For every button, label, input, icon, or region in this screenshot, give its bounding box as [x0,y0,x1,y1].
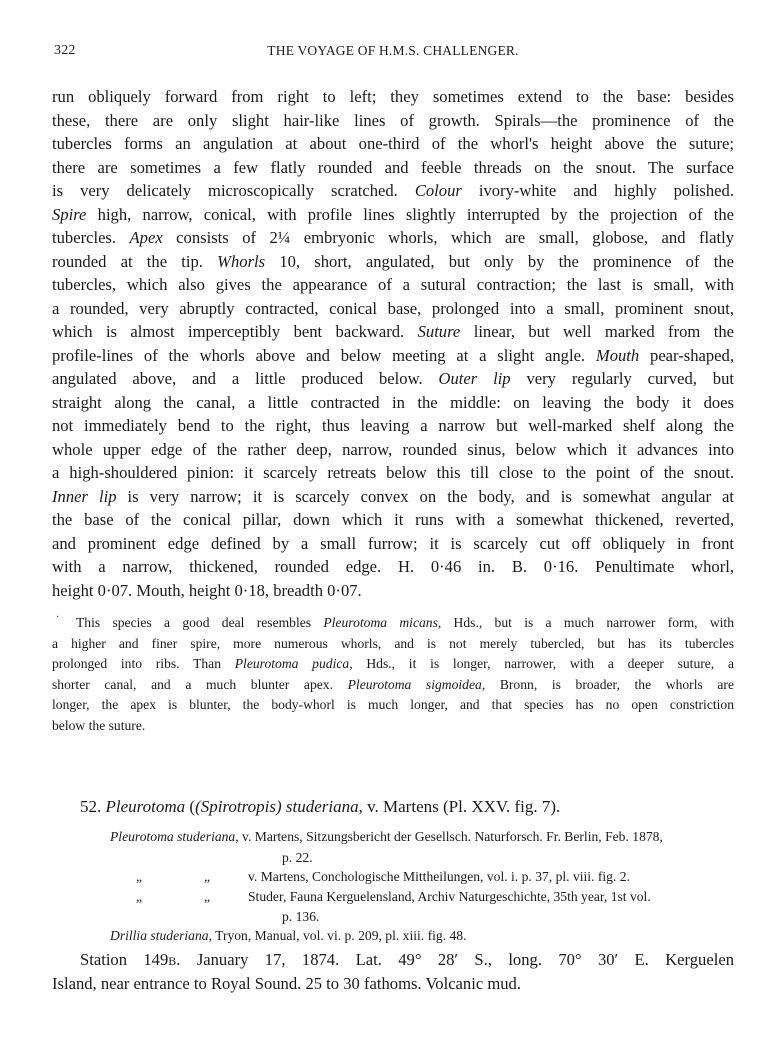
species-name: studeriana [286,797,359,816]
station-record: Station 149b. January 17, 1874. Lat. 49°… [52,948,734,996]
running-title: THE VOYAGE OF H.M.S. CHALLENGER. [54,43,732,59]
text-line: there are sometimes a few flatly rounded… [52,156,734,180]
species-description: run obliquely forward from right to left… [52,85,734,602]
text-line: below the suture. [52,716,734,737]
text-line: not immediately bend to the right, thus … [52,414,734,438]
text-line: and prominent edge defined by a small fu… [52,532,734,556]
text-line: straight along the canal, a little contr… [52,391,734,415]
synonymy-entry: „„v. Martens, Conchologische Mittheilung… [136,869,630,885]
synonymy-entry: „„Studer, Fauna Kerguelensland, Archiv N… [136,889,651,905]
remarks-paragraph: This species a good deal resembles Pleur… [52,613,734,736]
synonymy-entry: Pleurotoma studeriana, v. Martens, Sitzu… [110,829,663,845]
text-line: tubercles, which also gives the appearan… [52,273,734,297]
text-line: is very delicately microscopically scrat… [52,179,734,203]
station-line: Island, near entrance to Royal Sound. 25… [52,972,734,996]
text-line: a rounded, very abruptly contracted, con… [52,297,734,321]
text-line: tubercles. Apex consists of 2¼ embryonic… [52,226,734,250]
station-line: Station 149b. January 17, 1874. Lat. 49°… [52,948,734,972]
text-line: Spire high, narrow, conical, with profil… [52,203,734,227]
text-line: with a narrow, thickened, rounded edge. … [52,555,734,579]
species-genus: Pleurotoma [106,797,186,816]
text-line: these, there are only slight hair-like l… [52,109,734,133]
synonymy-continuation: p. 22. [282,850,313,866]
document-page: 322 THE VOYAGE OF H.M.S. CHALLENGER. run… [0,0,776,1050]
text-line: longer, the apex is blunter, the body-wh… [52,695,734,716]
species-author-plate: , v. Martens (Pl. XXV. fig. 7). [359,797,561,816]
text-line: a high-shouldered pinion: it scarcely re… [52,461,734,485]
species-subgenus: (Spirotropis) [195,797,282,816]
ditto-mark: „ [136,869,204,885]
ditto-mark: „ [204,869,248,885]
text-line: prolonged into ribs. Than Pleurotoma pud… [52,654,734,675]
text-line: a higher and finer spire, more numerous … [52,634,734,655]
text-line: tubercles forms an angulation at about o… [52,132,734,156]
synonymy-entry: Drillia studeriana, Tryon, Manual, vol. … [110,928,466,944]
ditto-mark: „ [136,889,204,905]
text-line: shorter canal, and a much blunter apex. … [52,675,734,696]
synonymy-continuation: p. 136. [282,909,319,925]
text-line: the base of the conical pillar, down whi… [52,508,734,532]
text-line: This species a good deal resembles Pleur… [52,613,734,634]
species-heading: 52. Pleurotoma ((Spirotropis) studeriana… [80,797,560,817]
text-line: angulated above, and a little produced b… [52,367,734,391]
page-header: 322 THE VOYAGE OF H.M.S. CHALLENGER. [54,43,732,63]
text-line: rounded at the tip. Whorls 10, short, an… [52,250,734,274]
text-line: whole upper edge of the rather deep, nar… [52,438,734,462]
text-line: height 0·07. Mouth, height 0·18, breadth… [52,579,734,603]
species-number: 52. [80,797,101,816]
ditto-mark: „ [204,889,248,905]
text-line: which is almost imperceptibly bent backw… [52,320,734,344]
text-line: run obliquely forward from right to left… [52,85,734,109]
text-line: Inner lip is very narrow; it is scarcely… [52,485,734,509]
text-line: profile-lines of the whorls above and be… [52,344,734,368]
